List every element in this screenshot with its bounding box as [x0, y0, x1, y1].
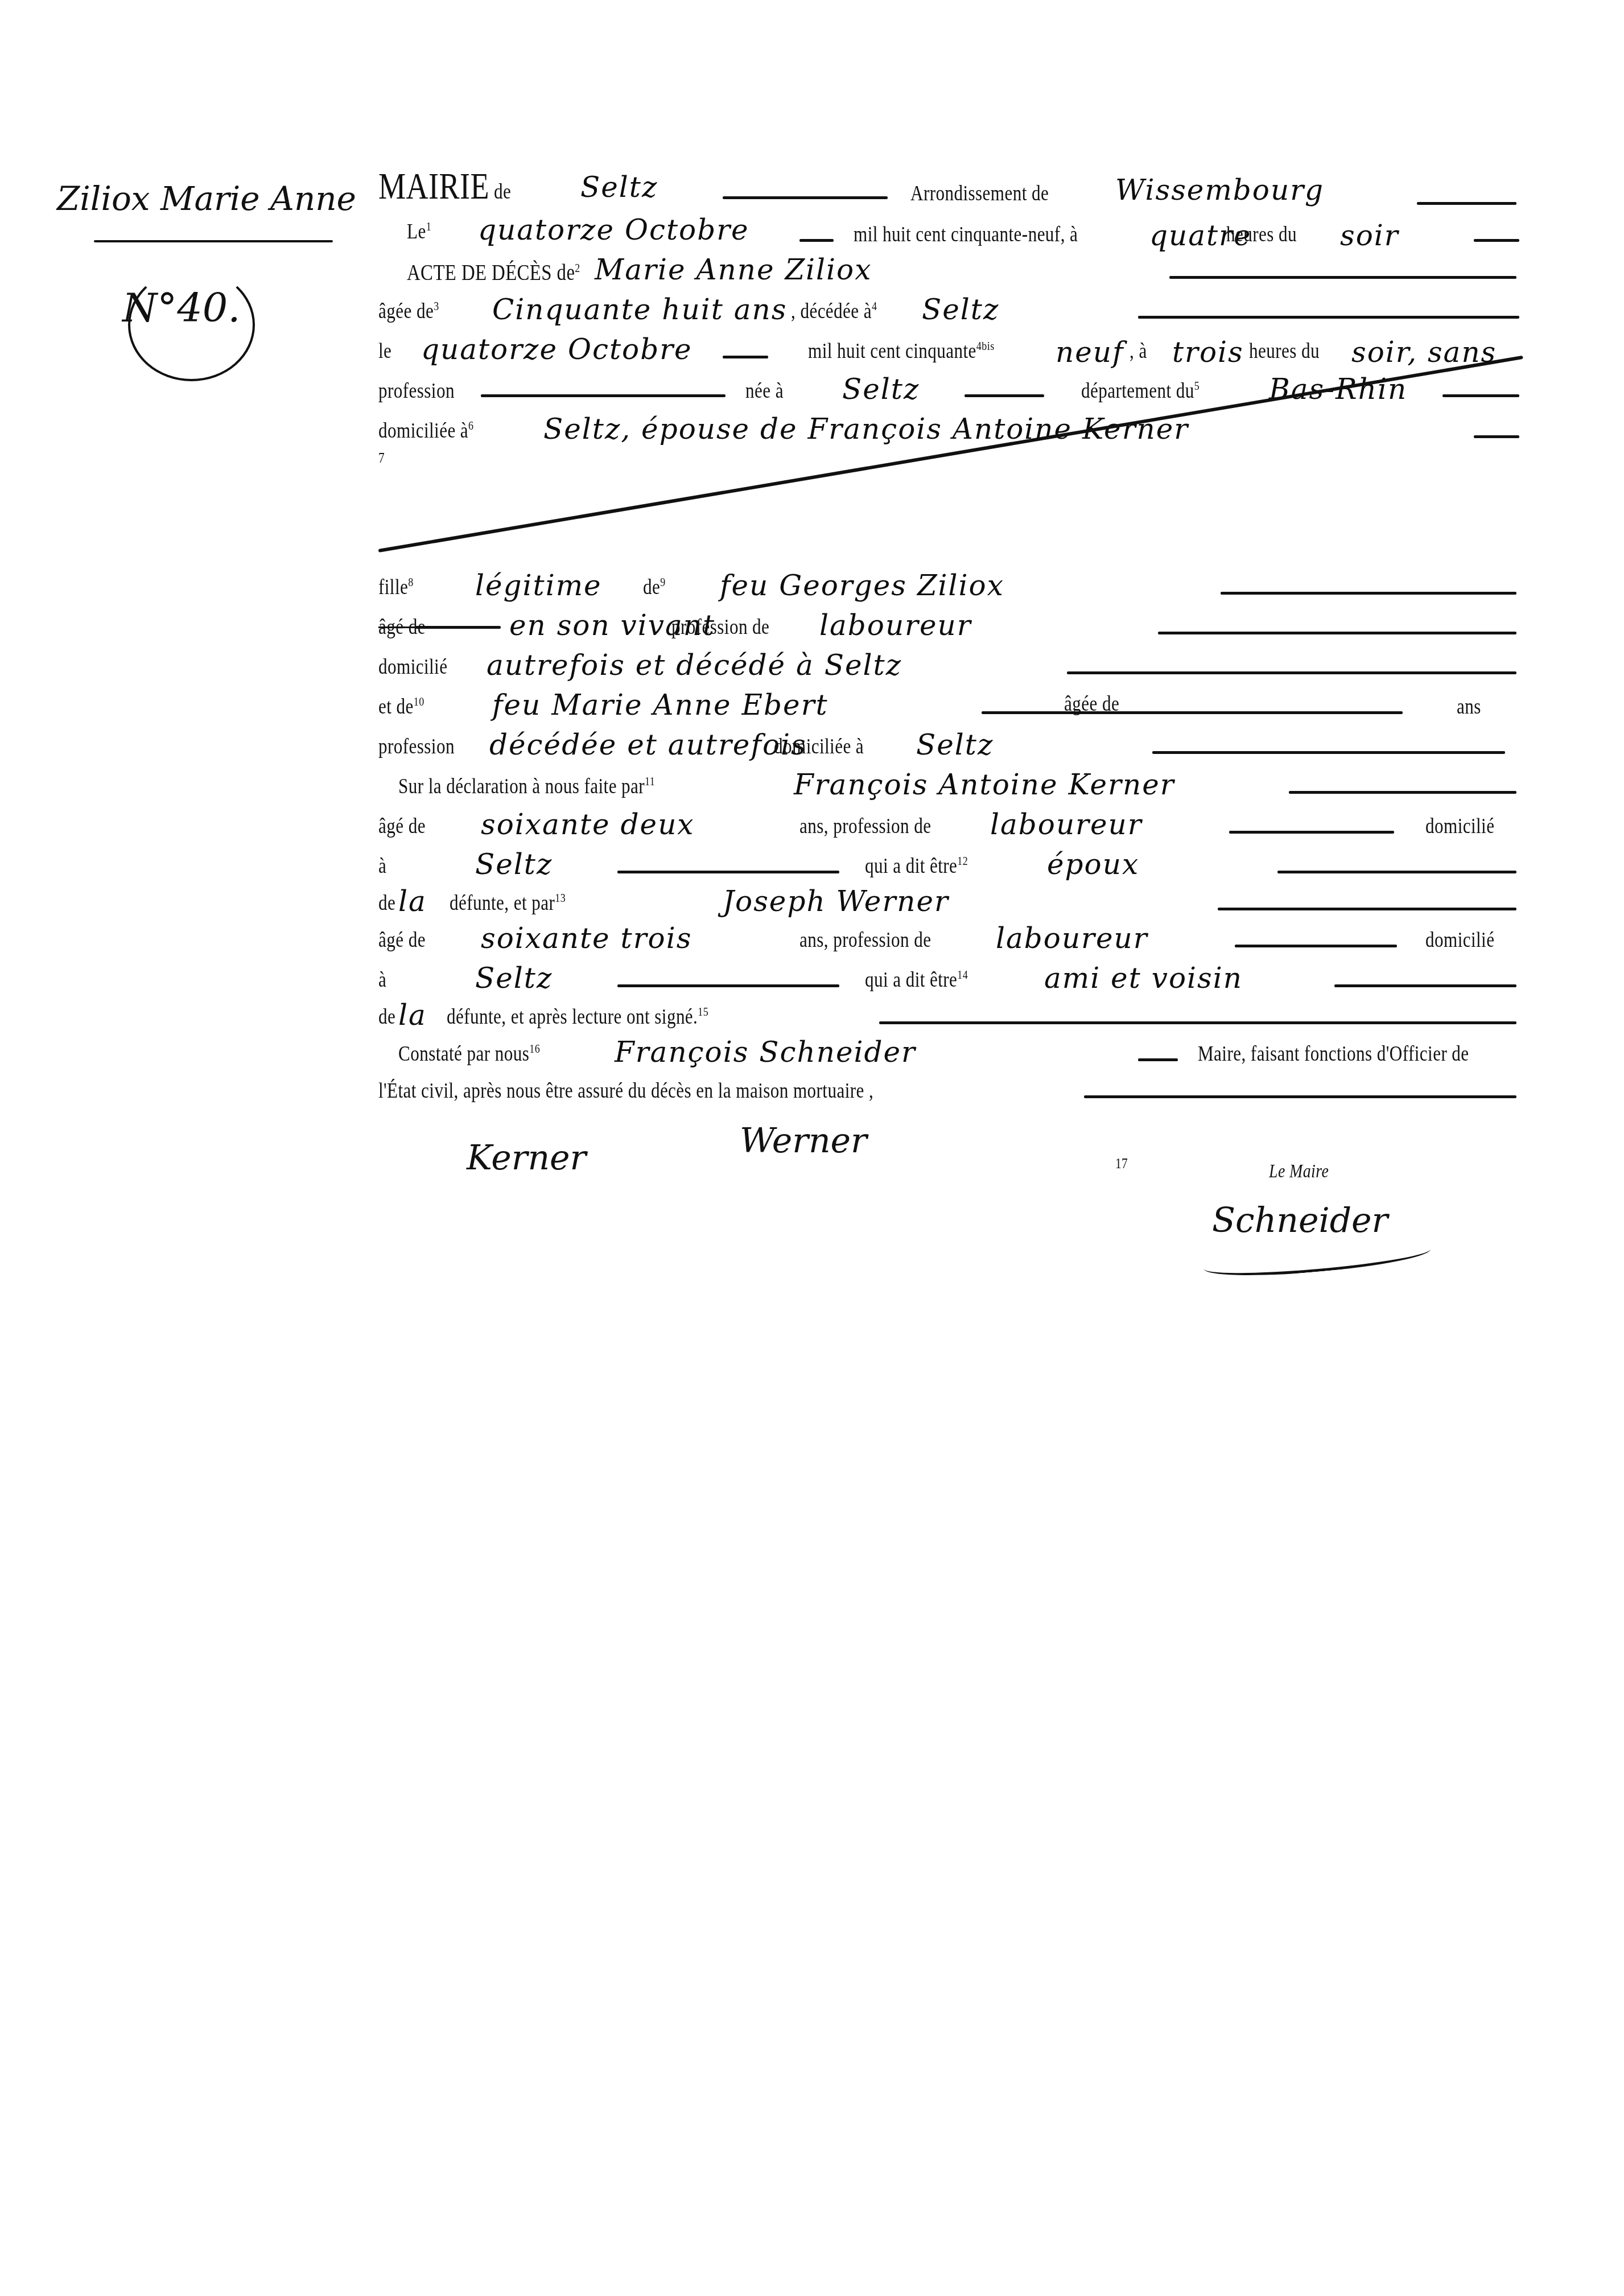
rule — [1158, 632, 1516, 634]
margin-underline — [94, 240, 333, 242]
rule — [617, 984, 839, 987]
rule — [1067, 671, 1516, 674]
year-text: mil huit cent cinquante-neuf, à — [854, 222, 1078, 247]
declarant2-profession-label: ans, profession de — [799, 928, 931, 953]
rule — [1277, 871, 1516, 873]
mayor-label: Le Maire — [1269, 1161, 1329, 1182]
mother-domicile-label: domiciliée à — [774, 734, 864, 759]
mother-domicile: Seltz — [916, 728, 994, 761]
rule — [1138, 1058, 1178, 1061]
death-hour: trois — [1172, 336, 1244, 369]
deceased-name: Marie Anne Ziliox — [595, 253, 872, 286]
struck-rule — [982, 711, 1403, 714]
declarant2-a-label: à — [378, 967, 386, 992]
rule — [879, 1021, 1516, 1024]
declarant1-name: François Antoine Kerner — [794, 768, 1175, 801]
legitimacy: légitime — [475, 569, 602, 602]
defunt-label: de — [378, 891, 395, 916]
father-domicile: autrefois et décédé à Seltz — [487, 649, 902, 682]
officer-role: Maire, faisant fonctions d'Officier de — [1198, 1041, 1469, 1066]
defunt-label-2: de — [378, 1004, 395, 1029]
father-domicile-label: domicilié — [378, 654, 447, 679]
declarant2-relation: ami et voisin — [1044, 962, 1243, 995]
mairie-label: MAIRIE de — [378, 165, 511, 208]
declaration-label: Sur la déclaration à nous faite par11 — [398, 774, 655, 799]
declarant1-profession: laboureur — [990, 808, 1143, 841]
acte-deces-label: ACTE DE DÉCÈS de2 — [407, 259, 580, 286]
etat-civil-text: l'État civil, après nous être assuré du … — [378, 1078, 873, 1103]
rule — [1152, 751, 1505, 754]
death-sep: , à — [1130, 339, 1147, 364]
declarant2-domicile-label: domicilié — [1425, 928, 1494, 953]
officer-name: François Schneider — [615, 1036, 916, 1069]
deceased-age: Cinquante huit ans — [492, 293, 787, 326]
mayor-signature: Schneider — [1212, 1201, 1388, 1240]
death-place: Seltz — [922, 293, 999, 326]
declarant2-age-label: âgé de — [378, 928, 426, 953]
defunt-article: la — [398, 885, 427, 918]
death-date: quatorze Octobre — [421, 333, 693, 366]
declarant1-profession-label: ans, profession de — [799, 814, 931, 839]
declarant1-relation-label: qui a dit être12 — [865, 854, 968, 879]
declarant1-age-label: âgé de — [378, 814, 426, 839]
declarant1-a-label: à — [378, 854, 386, 879]
note-7: 7 — [378, 450, 385, 467]
fille-label: fille8 — [378, 575, 414, 600]
father-profession: laboureur — [819, 609, 972, 642]
rule — [1229, 831, 1394, 834]
declarant2-profession: laboureur — [996, 922, 1148, 955]
declarant1-place: Seltz — [475, 848, 553, 881]
constate-label: Constaté par nous16 — [398, 1041, 540, 1066]
rule — [1218, 908, 1516, 910]
rule — [1474, 435, 1519, 438]
father-profession-label: profession de — [671, 615, 769, 640]
born-label: née à — [745, 378, 784, 403]
struck-rule — [415, 626, 501, 629]
profession-label: profession — [378, 378, 455, 403]
rule — [1474, 239, 1519, 242]
declarant1-age: soixante deux — [481, 808, 695, 841]
declarant2-age: soixante trois — [481, 922, 692, 955]
death-year-end: neuf — [1056, 336, 1124, 369]
hour-label: heures du — [1226, 222, 1297, 247]
father-name: feu Georges Ziliox — [720, 569, 1004, 602]
declaration-date: quatorze Octobre — [478, 213, 749, 246]
mother-profession-label: profession — [378, 734, 455, 759]
rule — [1084, 1095, 1516, 1098]
mayor-signature-flourish — [1203, 1236, 1432, 1282]
mother-profession: décédée et autrefois — [489, 728, 807, 761]
witness1-signature: Kerner — [467, 1138, 586, 1178]
cancel-diagonal-line — [378, 356, 1523, 553]
mother-age-label: âgée de — [1064, 691, 1119, 716]
rule — [1289, 791, 1516, 794]
declarant1-domicile-label: domicilié — [1425, 814, 1494, 839]
rule — [1417, 202, 1516, 205]
death-hour-label: heures du — [1249, 339, 1320, 364]
born-place: Seltz — [842, 373, 920, 406]
rule — [964, 394, 1044, 397]
act-number: N°40. — [122, 285, 241, 331]
arrondissement-value: Wissembourg — [1115, 174, 1324, 207]
rule — [723, 356, 768, 358]
declarant2-relation-label: qui a dit être14 — [865, 967, 968, 992]
rule — [617, 871, 839, 873]
rule — [1334, 984, 1516, 987]
rule — [1169, 276, 1516, 279]
signed-label: défunte, et après lecture ont signé.15 — [447, 1004, 708, 1029]
death-year-text: mil huit cent cinquante4bis — [808, 339, 995, 364]
le-label: Le1 — [407, 219, 431, 244]
rule — [723, 196, 888, 199]
le-label-2: le — [378, 339, 391, 364]
dept-label: département du5 — [1081, 378, 1200, 403]
rule — [1442, 394, 1519, 397]
mother-name: feu Marie Anne Ebert — [492, 689, 829, 722]
father-de-label: de9 — [643, 575, 666, 600]
death-certificate-page: Ziliox Marie Anne N°40. MAIRIE de Seltz … — [0, 0, 1624, 2296]
mother-de-label: et de10 — [378, 694, 424, 719]
witness2-signature: Werner — [740, 1121, 867, 1161]
declarant2-place: Seltz — [475, 962, 553, 995]
defunt-article-2: la — [398, 999, 427, 1032]
rule — [1138, 316, 1519, 319]
mother-ans-label: ans — [1457, 694, 1481, 719]
domicile-label: domiciliée à6 — [378, 418, 473, 443]
rule — [1221, 592, 1516, 595]
rule — [1235, 945, 1397, 947]
struck-rule — [481, 394, 726, 397]
margin-deceased-name: Ziliox Marie Anne — [57, 179, 356, 218]
defunt-and-label: défunte, et par13 — [450, 891, 566, 916]
declarant2-name: Joseph Werner — [723, 885, 949, 918]
rule — [799, 239, 834, 242]
age-label: âgée de3 — [378, 299, 439, 324]
mairie-value: Seltz — [580, 171, 658, 204]
declaration-period: soir — [1340, 219, 1399, 252]
note-17: 17 — [1115, 1155, 1128, 1172]
decede-label: , décédée à4 — [791, 299, 877, 324]
declarant1-relation: époux — [1047, 848, 1139, 881]
arrondissement-label: Arrondissement de — [910, 181, 1049, 206]
